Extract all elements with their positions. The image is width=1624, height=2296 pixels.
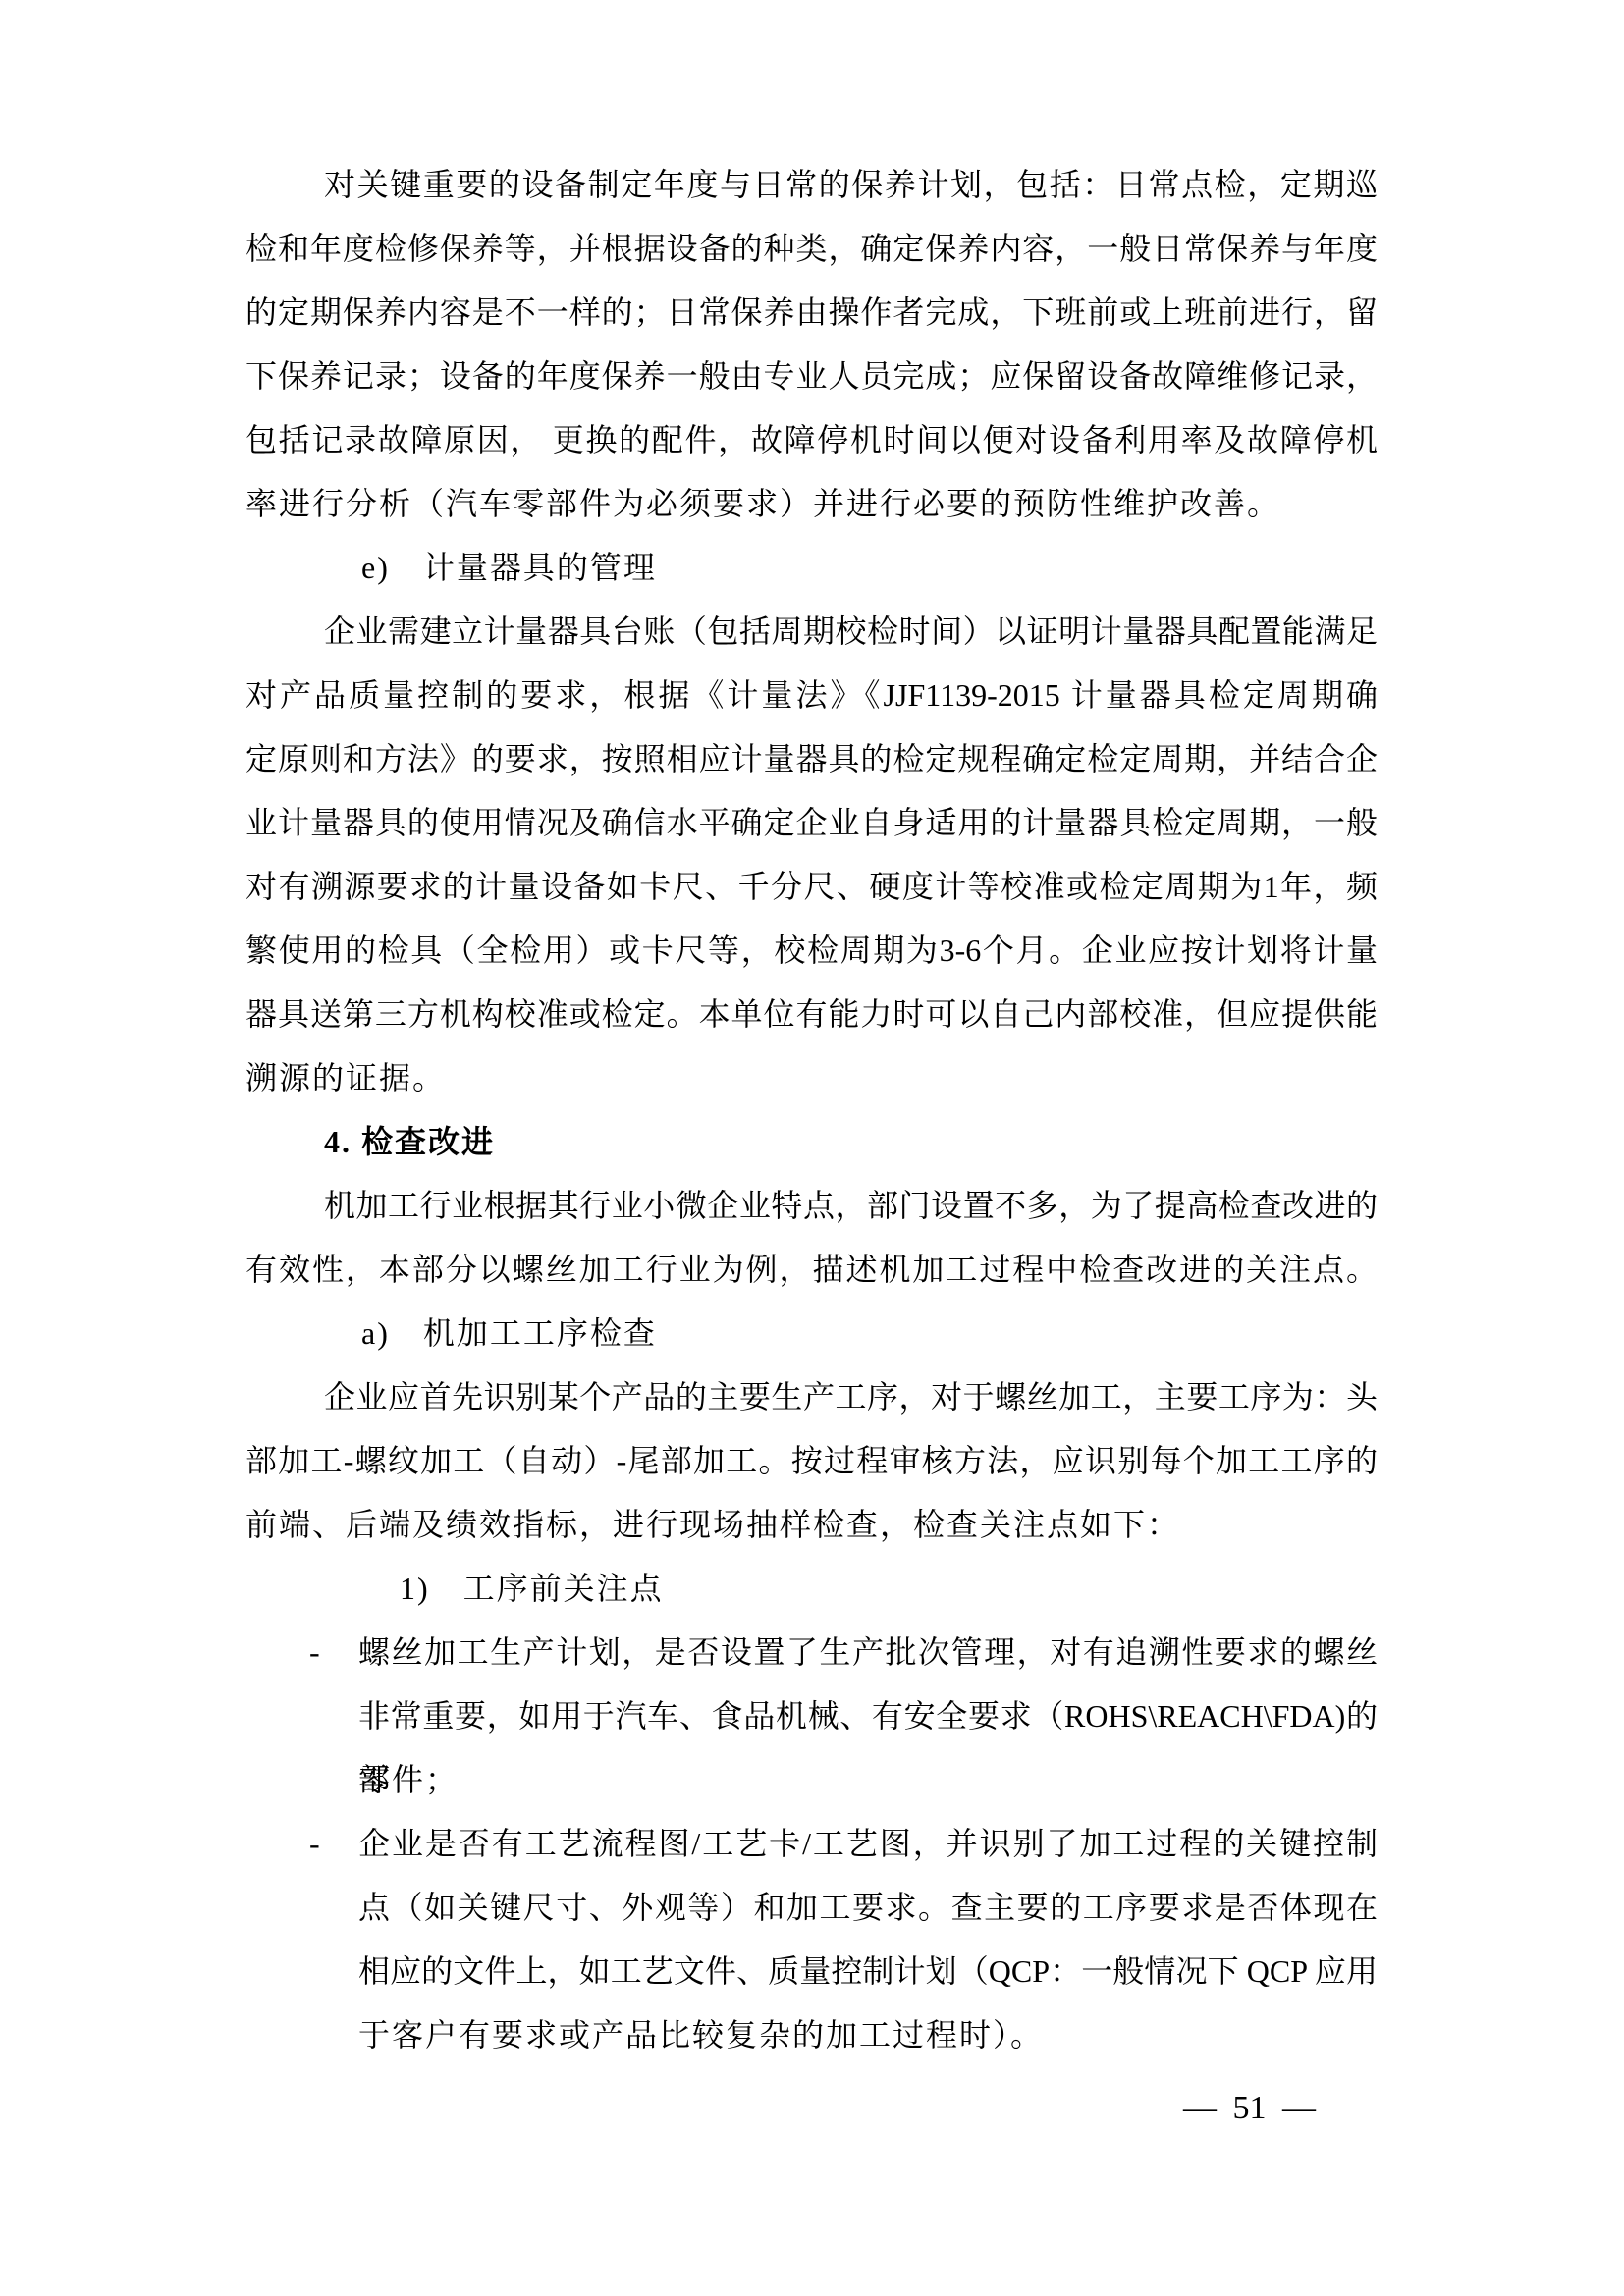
text-line: 下保养记录；设备的年度保养一般由专业人员完成；应保留设备故障维修记录， [245, 345, 1378, 408]
line-text: 定原则和方法》的要求，按照相应计量器具的检定规程确定检定周期，并结合企 [245, 741, 1378, 776]
line-text: a) 机加工工序检查 [361, 1315, 657, 1351]
text-line: 对产品质量控制的要求，根据《计量法》《JJF1139-2015 计量器具检定周期… [245, 664, 1378, 727]
line-text: 繁使用的检具（全检用）或卡尺等，校检周期为3-6个月。企业应按计划将计量 [245, 933, 1378, 968]
page-number: — 51 — [1183, 2089, 1316, 2128]
bullet-line: 相应的文件上，如工艺文件、质量控制计划（QCP：一般情况下 QCP 应用 [245, 1940, 1378, 2003]
line-text: 对产品质量控制的要求，根据《计量法》《JJF1139-2015 计量器具检定周期… [245, 677, 1378, 713]
text-line: 溯源的证据。 [245, 1046, 1378, 1110]
text-line: 企业应首先识别某个产品的主要生产工序，对于螺丝加工，主要工序为：头 [245, 1365, 1378, 1429]
line-text: 点（如关键尺寸、外观等）和加工要求。查主要的工序要求是否体现在 [358, 1890, 1378, 1925]
heading-line: a) 机加工工序检查 [245, 1302, 1378, 1365]
line-text: 的定期保养内容是不一样的；日常保养由操作者完成，下班前或上班前进行，留 [245, 294, 1378, 330]
line-text: 包括记录故障原因， 更换的配件，故障停机时间以便对设备利用率及故障停机 [245, 422, 1378, 457]
line-text: 溯源的证据。 [245, 1060, 446, 1095]
bullet-line: 部件； [245, 1748, 1378, 1812]
line-text: 对关键重要的设备制定年度与日常的保养计划，包括：日常点检，定期巡 [324, 167, 1378, 202]
line-text: 对有溯源要求的计量设备如卡尺、千分尺、硬度计等校准或检定周期为1年，频 [245, 869, 1378, 904]
line-text: 企业是否有工艺流程图/工艺卡/工艺图，并识别了加工过程的关键控制 [358, 1826, 1378, 1861]
document-page: 对关键重要的设备制定年度与日常的保养计划，包括：日常点检，定期巡检和年度检修保养… [0, 0, 1624, 2296]
line-text: 部件； [358, 1762, 459, 1797]
text-line: 检和年度检修保养等，并根据设备的种类，确定保养内容，一般日常保养与年度 [245, 217, 1378, 281]
heading-line: 4. 检查改进 [245, 1110, 1378, 1174]
text-line: 有效性，本部分以螺丝加工行业为例，描述机加工过程中检查改进的关注点。 [245, 1238, 1378, 1302]
bullet-line: 点（如关键尺寸、外观等）和加工要求。查主要的工序要求是否体现在 [245, 1876, 1378, 1940]
bullet-line: 于客户有要求或产品比较复杂的加工过程时）。 [245, 2003, 1378, 2067]
text-line: 前端、后端及绩效指标，进行现场抽样检查，检查关注点如下： [245, 1493, 1378, 1557]
text-line: 包括记录故障原因， 更换的配件，故障停机时间以便对设备利用率及故障停机 [245, 408, 1378, 472]
line-text: 部加工-螺纹加工（自动）-尾部加工。按过程审核方法，应识别每个加工工序的 [245, 1443, 1378, 1478]
heading-line: 1) 工序前关注点 [245, 1557, 1378, 1621]
line-text: 有效性，本部分以螺丝加工行业为例，描述机加工过程中检查改进的关注点。 [245, 1252, 1378, 1287]
text-line: 企业需建立计量器具台账（包括周期校检时间）以证明计量器具配置能满足 [245, 600, 1378, 664]
line-text: 企业需建立计量器具台账（包括周期校检时间）以证明计量器具配置能满足 [324, 614, 1378, 649]
text-line: 率进行分析（汽车零部件为必须要求）并进行必要的预防性维护改善。 [245, 472, 1378, 536]
bullet-line: -螺丝加工生产计划，是否设置了生产批次管理，对有追溯性要求的螺丝 [245, 1621, 1378, 1684]
bullet-dash: - [309, 1812, 320, 1876]
line-text: 1) 工序前关注点 [400, 1571, 664, 1606]
line-text: 4. 检查改进 [324, 1124, 495, 1159]
text-line: 业计量器具的使用情况及确信水平确定企业自身适用的计量器具检定周期，一般 [245, 791, 1378, 855]
line-text: e) 计量器具的管理 [361, 550, 657, 585]
line-text: 率进行分析（汽车零部件为必须要求）并进行必要的预防性维护改善。 [245, 486, 1280, 521]
line-text: 业计量器具的使用情况及确信水平确定企业自身适用的计量器具检定周期，一般 [245, 805, 1378, 840]
line-text: 器具送第三方机构校准或检定。本单位有能力时可以自己内部校准，但应提供能 [245, 996, 1378, 1032]
line-text: 相应的文件上，如工艺文件、质量控制计划（QCP：一般情况下 QCP 应用 [358, 1953, 1378, 1989]
bullet-dash: - [309, 1621, 320, 1684]
line-text: 前端、后端及绩效指标，进行现场抽样检查，检查关注点如下： [245, 1507, 1180, 1542]
line-text: 机加工行业根据其行业小微企业特点，部门设置不多，为了提高检查改进的 [324, 1188, 1378, 1223]
text-line: 对关键重要的设备制定年度与日常的保养计划，包括：日常点检，定期巡 [245, 153, 1378, 217]
text-line: 器具送第三方机构校准或检定。本单位有能力时可以自己内部校准，但应提供能 [245, 983, 1378, 1046]
text-line: 部加工-螺纹加工（自动）-尾部加工。按过程审核方法，应识别每个加工工序的 [245, 1429, 1378, 1493]
text-line: 的定期保养内容是不一样的；日常保养由操作者完成，下班前或上班前进行，留 [245, 281, 1378, 345]
line-text: 下保养记录；设备的年度保养一般由专业人员完成；应保留设备故障维修记录， [245, 358, 1378, 394]
text-line: 机加工行业根据其行业小微企业特点，部门设置不多，为了提高检查改进的 [245, 1174, 1378, 1238]
line-text: 检和年度检修保养等，并根据设备的种类，确定保养内容，一般日常保养与年度 [245, 231, 1378, 266]
line-text: 螺丝加工生产计划，是否设置了生产批次管理，对有追溯性要求的螺丝 [358, 1634, 1378, 1670]
text-line: 繁使用的检具（全检用）或卡尺等，校检周期为3-6个月。企业应按计划将计量 [245, 919, 1378, 983]
text-line: 对有溯源要求的计量设备如卡尺、千分尺、硬度计等校准或检定周期为1年，频 [245, 855, 1378, 919]
text-line: 定原则和方法》的要求，按照相应计量器具的检定规程确定检定周期，并结合企 [245, 727, 1378, 791]
bullet-line: -企业是否有工艺流程图/工艺卡/工艺图，并识别了加工过程的关键控制 [245, 1812, 1378, 1876]
line-text: 于客户有要求或产品比较复杂的加工过程时）。 [358, 2017, 1044, 2053]
heading-line: e) 计量器具的管理 [245, 536, 1378, 600]
bullet-line: 非常重要，如用于汽车、食品机械、有安全要求（ROHS\REACH\FDA)的零 [245, 1684, 1378, 1748]
line-text: 企业应首先识别某个产品的主要生产工序，对于螺丝加工，主要工序为：头 [324, 1379, 1378, 1415]
document-text-block: 对关键重要的设备制定年度与日常的保养计划，包括：日常点检，定期巡检和年度检修保养… [245, 153, 1378, 2067]
